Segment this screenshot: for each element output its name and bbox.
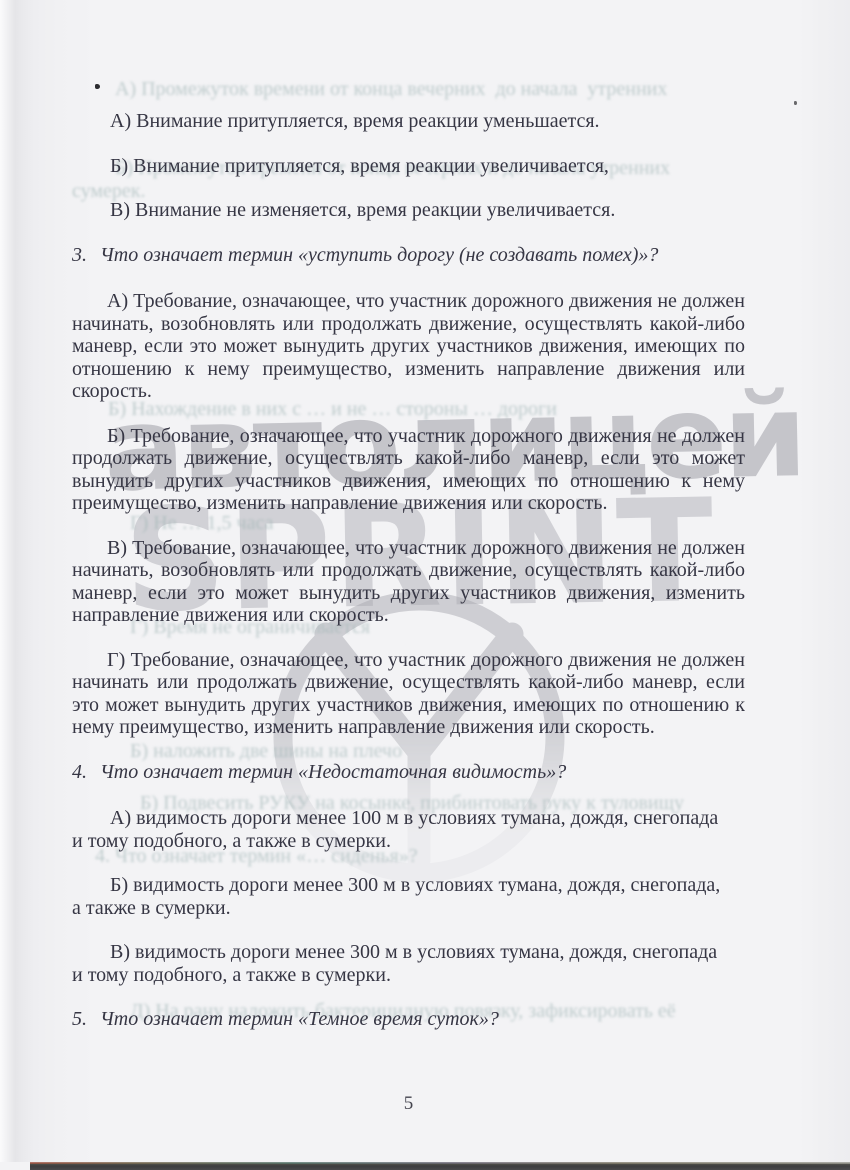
answer-option: Б) Внимание притупляется, время реакции … <box>72 155 745 178</box>
question-text: Что означает термин «Недостаточная видим… <box>100 761 566 783</box>
question: 4.Что означает термин «Недостаточная вид… <box>72 761 745 784</box>
answer-paragraph: Г) Требование, означающее, что участник … <box>72 649 745 739</box>
answer-paragraph: Б) Требование, означающее, что участник … <box>72 425 745 515</box>
answer-option: В) видимость дороги менее 300 м в услови… <box>72 941 745 986</box>
question-text: Что означает термин «уступить дорогу (не… <box>100 244 658 266</box>
content: А) Внимание притупляется, время реакции … <box>72 110 745 1055</box>
question-number: 4. <box>72 761 100 784</box>
scan-bottom-edge-fringe <box>30 1162 850 1164</box>
bleed-through-text: А) Промежуток времени от конца вечерних … <box>115 78 667 100</box>
answer-option: А) Внимание притупляется, время реакции … <box>72 110 745 133</box>
answer-option: В) Внимание не изменяется, время реакции… <box>72 199 745 222</box>
question-number: 3. <box>72 244 100 267</box>
answer-paragraph: А) Требование, означающее, что участник … <box>72 290 745 403</box>
question: 3.Что означает термин «уступить дорогу (… <box>72 244 745 267</box>
ink-speck <box>794 101 797 105</box>
scan-bottom-edge <box>30 1163 850 1170</box>
question: 5.Что означает термин «Темное время суто… <box>72 1008 745 1031</box>
answer-paragraph: В) Требование, означающее, что участник … <box>72 537 745 627</box>
scanned-page: автолицей SPRINT А) Промежуток времени о… <box>0 0 850 1170</box>
question-text: Что означает термин «Темное время суток»… <box>100 1008 499 1030</box>
answer-option: А) видимость дороги менее 100 м в услови… <box>72 807 745 852</box>
question-number: 5. <box>72 1008 100 1031</box>
page-number: 5 <box>72 1093 745 1115</box>
ink-speck <box>95 84 100 89</box>
answer-option: Б) видимость дороги менее 300 м в услови… <box>72 874 745 919</box>
